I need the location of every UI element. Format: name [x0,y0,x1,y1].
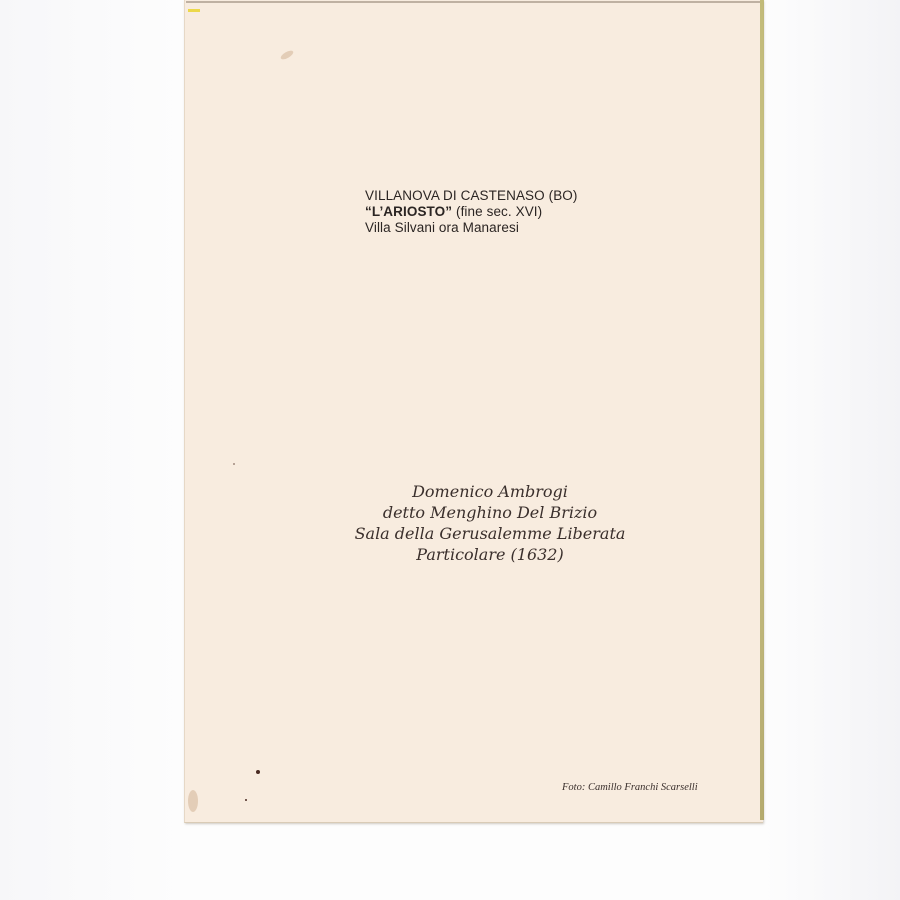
location-line: VILLANOVA DI CASTENASO (BO) [365,188,578,204]
location-header: VILLANOVA DI CASTENASO (BO) “L’ARIOSTO” … [365,188,578,236]
stain-top [279,49,294,61]
photo-credit: Foto: Camillo Franchi Scarselli [562,782,698,793]
villa-name-line: “L’ARIOSTO” (fine sec. XVI) [365,204,578,220]
spot [233,463,235,465]
villa-date: (fine sec. XVI) [452,204,542,219]
villa-name: “L’ARIOSTO” [365,204,452,219]
caption-line: Particolare (1632) [330,544,650,565]
spot [256,770,260,774]
card-right-edge [760,0,764,820]
spot [245,799,247,801]
card-top-edge [186,1,760,3]
postcard-back [184,0,763,823]
villa-owner-line: Villa Silvani ora Manaresi [365,220,578,236]
yellow-mark [188,9,200,12]
stain-bottom-left [188,790,198,812]
artwork-caption: Domenico Ambrogi detto Menghino Del Briz… [330,481,650,565]
caption-line: Sala della Gerusalemme Liberata [330,523,650,544]
caption-line: detto Menghino Del Brizio [330,502,650,523]
caption-line: Domenico Ambrogi [330,481,650,502]
